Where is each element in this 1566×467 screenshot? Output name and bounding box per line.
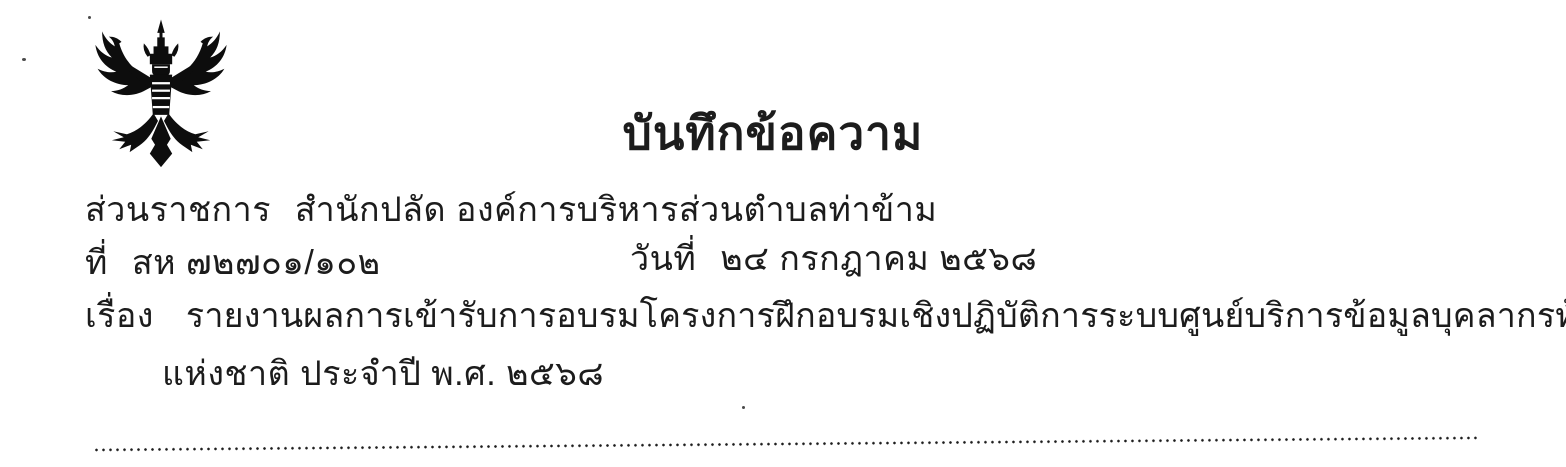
dotted-rule [93, 436, 1477, 452]
number-label: ที่ [85, 244, 108, 282]
memo-title: บันทึกข้อความ [573, 104, 973, 164]
subject-line-continuation: แห่งชาติ ประจำปี พ.ศ. ๒๕๖๘ [162, 349, 604, 400]
scan-speck [88, 16, 91, 19]
agency-value: สำนักปลัด องค์การบริหารส่วนตำบลท่าข้าม [295, 191, 937, 229]
date-line: วันที่ ๒๔ กรกฎาคม ๒๕๖๘ [630, 234, 1037, 285]
subject-text-line2: แห่งชาติ ประจำปี พ.ศ. ๒๕๖๘ [162, 355, 604, 393]
subject-label: เรื่อง [85, 297, 154, 335]
subject-text-line1: รายงานผลการเข้ารับการอบรมโครงการฝึกอบรมเ… [186, 297, 1566, 335]
memo-page: บันทึกข้อความ ส่วนราชการ สำนักปลัด องค์ก… [0, 0, 1566, 467]
scan-speck [742, 406, 745, 409]
garuda-emblem-icon [86, 18, 236, 182]
date-label: วันที่ [630, 240, 696, 278]
document-number-line: ที่ สห ๗๒๗๐๑/๑๐๒ [85, 238, 381, 289]
agency-label: ส่วนราชการ [85, 191, 271, 229]
number-value: สห ๗๒๗๐๑/๑๐๒ [132, 244, 381, 282]
subject-line: เรื่อง รายงานผลการเข้ารับการอบรมโครงการฝ… [85, 291, 1566, 342]
scan-speck [22, 58, 26, 61]
date-value: ๒๔ กรกฎาคม ๒๕๖๘ [720, 240, 1037, 278]
agency-line: ส่วนราชการ สำนักปลัด องค์การบริหารส่วนตำ… [85, 185, 937, 236]
